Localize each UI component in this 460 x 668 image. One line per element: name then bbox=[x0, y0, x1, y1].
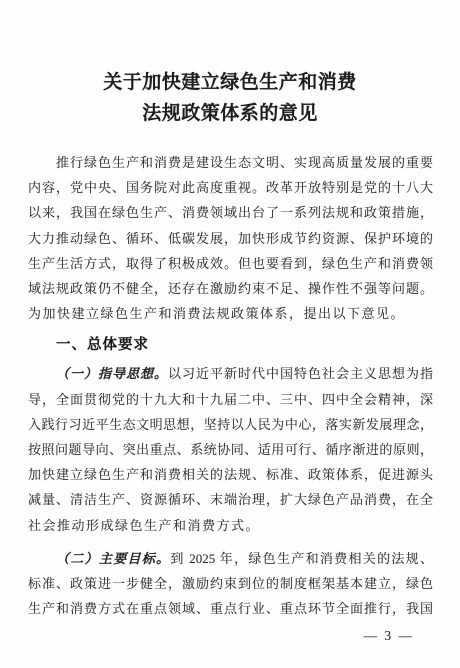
text-line: 域法规政策仍不健全，还存在激励约束不足、操作性不强等问题。 bbox=[28, 276, 433, 301]
text-line: 大力推动绿色、循环、低碳发展，加快形成节约资源、保护环境的 bbox=[28, 226, 433, 251]
text-line: 为加快建立绿色生产和消费法规政策体系，提出以下意见。 bbox=[28, 301, 433, 326]
document-title-line: 关于加快建立绿色生产和消费 bbox=[0, 67, 460, 98]
text-line: 按照问题导向、突出重点、系统协同、适用可行、循序渐进的原则， bbox=[28, 437, 433, 462]
text-line: （一）指导思想。以习近平新时代中国特色社会主义思想为指 bbox=[28, 361, 433, 386]
paragraph: （二）主要目标。到 2025 年，绿色生产和消费相关的法规、标准、政策进一步健全… bbox=[28, 546, 433, 622]
page-number: — 3 — bbox=[364, 628, 415, 644]
paragraph-lead-label: （二）主要目标。 bbox=[56, 551, 170, 566]
text-line: 入践行习近平生态文明思想，坚持以人民为中心，落实新发展理念， bbox=[28, 412, 433, 437]
text-line: 加快建立绿色生产和消费相关的法规、标准、政策体系，促进源头 bbox=[28, 462, 433, 487]
document-title: 关于加快建立绿色生产和消费法规政策体系的意见 bbox=[0, 67, 460, 129]
document-page: 关于加快建立绿色生产和消费法规政策体系的意见 推行绿色生产和消费是建设生态文明、… bbox=[0, 0, 460, 668]
text-line: 社会推动形成绿色生产和消费方式。 bbox=[28, 513, 433, 538]
text-line: 生产和消费方式在重点领域、重点行业、重点环节全面推行，我国 bbox=[28, 596, 433, 621]
text-line: 标准、政策进一步健全，激励约束到位的制度框架基本建立，绿色 bbox=[28, 571, 433, 596]
text-line: 内容，党中央、国务院对此高度重视。改革开放特别是党的十八大 bbox=[28, 175, 433, 200]
paragraph: （一）指导思想。以习近平新时代中国特色社会主义思想为指导，全面贯彻党的十九大和十… bbox=[28, 361, 433, 537]
text-line: 导，全面贯彻党的十九大和十九届二中、三中、四中全会精神，深 bbox=[28, 387, 433, 412]
document-title-line: 法规政策体系的意见 bbox=[0, 98, 460, 129]
text-line: 减量、清洁生产、资源循环、末端治理，扩大绿色产品消费，在全 bbox=[28, 487, 433, 512]
section-heading: 一、总体要求 bbox=[28, 333, 433, 358]
text-line: 推行绿色生产和消费是建设生态文明、实现高质量发展的重要 bbox=[28, 150, 433, 175]
text-line: 生产生活方式，取得了积极成效。但也要看到，绿色生产和消费领 bbox=[28, 251, 433, 276]
text-line: （二）主要目标。到 2025 年，绿色生产和消费相关的法规、 bbox=[28, 546, 433, 571]
paragraph-lead-label: （一）指导思想。 bbox=[56, 366, 168, 381]
paragraph: 推行绿色生产和消费是建设生态文明、实现高质量发展的重要内容，党中央、国务院对此高… bbox=[28, 150, 433, 326]
document-body: 推行绿色生产和消费是建设生态文明、实现高质量发展的重要内容，党中央、国务院对此高… bbox=[28, 150, 433, 621]
text-line: 以来，我国在绿色生产、消费领域出台了一系列法规和政策措施， bbox=[28, 200, 433, 225]
